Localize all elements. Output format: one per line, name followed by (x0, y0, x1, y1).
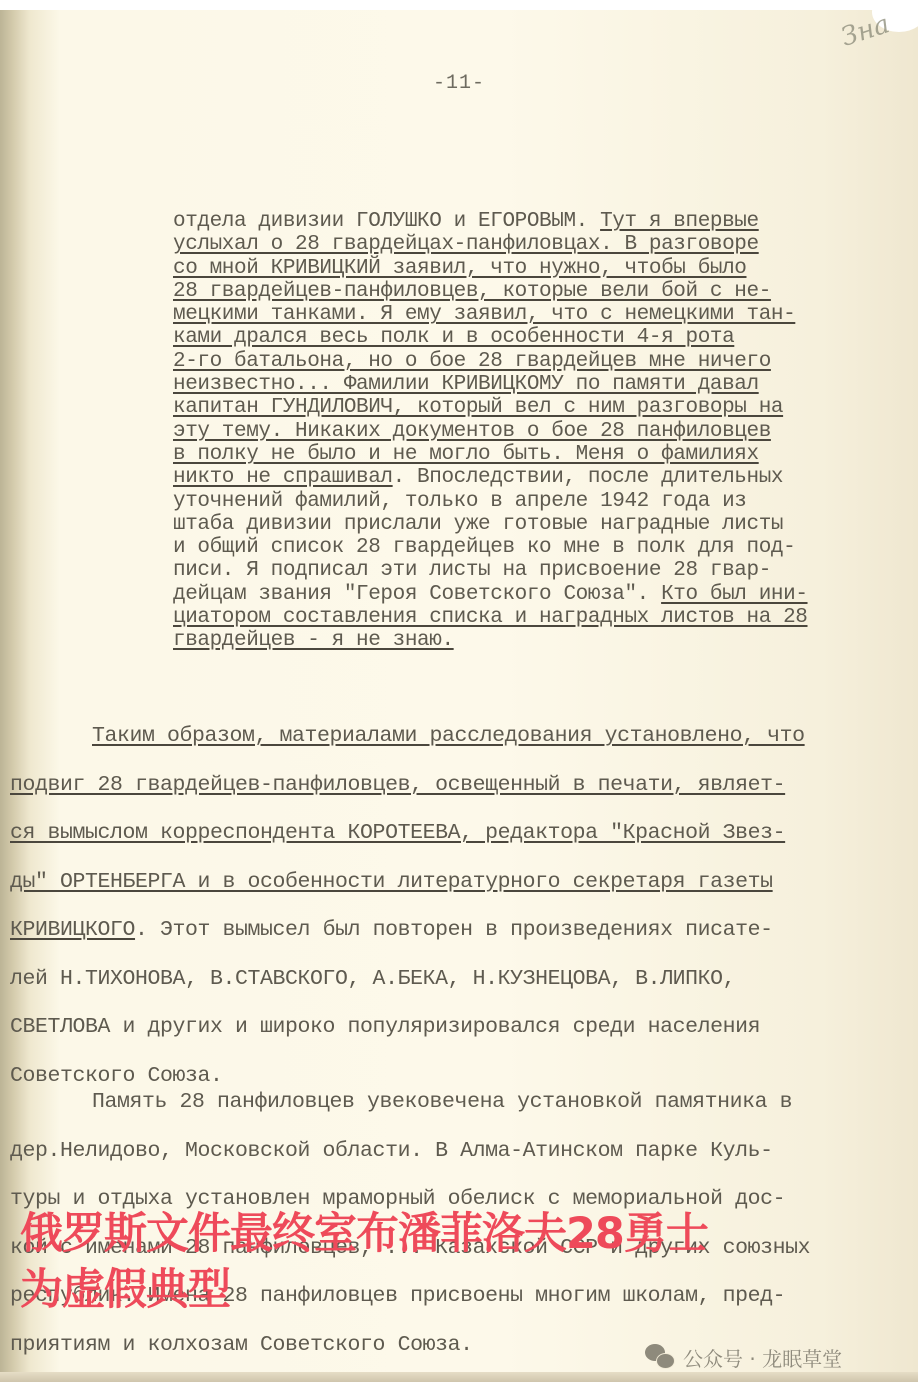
text-line: ся вымыслом корреспондента КОРОТЕЕВА, ре… (10, 809, 890, 858)
document-page: Зна -11- отдела дивизии ГОЛУШКО и ЕГОРОВ… (0, 10, 918, 1372)
text-line: капитан ГУНДИЛОВИЧ, который вел с ним ра… (173, 396, 913, 419)
text-line: уточнений фамилий, только в апреле 1942 … (173, 490, 913, 513)
plain-text: СВЕТЛОВА и других и широко популяризиров… (10, 1015, 760, 1039)
underlined-text: Тут я впервые (600, 210, 759, 233)
plain-text: уточнений фамилий, только в апреле 1942 … (173, 490, 747, 513)
page-number: -11- (0, 72, 918, 95)
underlined-text: ды" ОРТЕНБЕРГА и в особенности литератур… (10, 870, 773, 894)
underlined-text: услыхал о 28 гвардейцах-панфиловцах. В р… (173, 233, 759, 256)
underlined-text: Таким образом, материалами расследования… (92, 724, 805, 748)
text-line: гвардейцев - я не знаю. (173, 629, 913, 652)
text-line: 28 гвардейцев-панфиловцев, которые вели … (173, 280, 913, 303)
text-line: отдела дивизии ГОЛУШКО и ЕГОРОВЫМ. Тут я… (173, 210, 913, 233)
underlined-text: со мной КРИВИЦКИЙ заявил, что нужно, что… (173, 257, 747, 280)
text-line: никто не спрашивал. Впоследствии, после … (173, 466, 913, 489)
watermark-text: 公众号 · 龙眠草堂 (683, 1343, 842, 1372)
underlined-text: ся вымыслом корреспондента КОРОТЕЕВА, ре… (10, 821, 785, 845)
text-line: неизвестно... Фамилии КРИВИЦКОМУ по памя… (173, 373, 913, 396)
caption-line-1: 俄罗斯文件最终室布潘菲洛夫28勇士 (20, 1206, 900, 1262)
watermark: 公众号 · 龙眠草堂 (645, 1340, 842, 1374)
plain-text: Память 28 панфиловцев увековечена устано… (92, 1090, 792, 1114)
text-line: штаба дивизии прислали уже готовые награ… (173, 513, 913, 536)
underlined-text: в полку не было и не могло быть. Меня о … (173, 443, 759, 466)
text-line: циатором составления списка и наградных … (173, 606, 913, 629)
text-line: 2-го батальона, но о бое 28 гвардейцев м… (173, 350, 913, 373)
text-line: в полку не было и не могло быть. Меня о … (173, 443, 913, 466)
text-line: Таким образом, материалами расследования… (10, 712, 890, 761)
testimony-quote: отдела дивизии ГОЛУШКО и ЕГОРОВЫМ. Тут я… (173, 210, 913, 653)
wechat-icon (645, 1344, 675, 1370)
text-line: дер.Нелидово, Московской области. В Алма… (10, 1127, 890, 1176)
underlined-text: гвардейцев - я не знаю. (173, 629, 454, 652)
plain-text: и общий список 28 гвардейцев ко мне в по… (173, 536, 795, 559)
underlined-text: КРИВИЦКОГО (10, 918, 135, 942)
plain-text: писи. Я подписал эти листы на присвоение… (173, 559, 771, 582)
text-line: эту тему. Никаких документов о бое 28 па… (173, 420, 913, 443)
underlined-text: капитан ГУНДИЛОВИЧ, который вел с ним ра… (173, 396, 783, 419)
plain-text: . Впоследствии, после длительных (393, 466, 783, 489)
plain-text: штаба дивизии прислали уже готовые награ… (173, 513, 783, 536)
plain-text: дейцам звания "Героя Советского Союза". (173, 583, 661, 606)
text-line: подвиг 28 гвардейцев-панфиловцев, освеще… (10, 761, 890, 810)
underlined-text: 2-го батальона, но о бое 28 гвардейцев м… (173, 350, 771, 373)
text-line: СВЕТЛОВА и других и широко популяризиров… (10, 1003, 890, 1052)
text-line: ды" ОРТЕНБЕРГА и в особенности литератур… (10, 858, 890, 907)
text-line: со мной КРИВИЦКИЙ заявил, что нужно, что… (173, 257, 913, 280)
text-line: услыхал о 28 гвардейцах-панфиловцах. В р… (173, 233, 913, 256)
underlined-text: никто не спрашивал (173, 466, 393, 489)
underlined-text: неизвестно... Фамилии КРИВИЦКОМУ по памя… (173, 373, 759, 396)
underlined-text: эту тему. Никаких документов о бое 28 па… (173, 420, 771, 443)
text-line: ками дрался весь полк и в особенности 4-… (173, 326, 913, 349)
plain-text: приятиям и колхозам Советского Союза. (10, 1333, 473, 1357)
red-caption-overlay: 俄罗斯文件最终室布潘菲洛夫28勇士 为虚假典型 (20, 1206, 900, 1318)
underlined-text: подвиг 28 гвардейцев-панфиловцев, освеще… (10, 773, 785, 797)
underlined-text: 28 гвардейцев-панфиловцев, которые вели … (173, 280, 771, 303)
caption-line-2: 为虚假典型 (20, 1262, 900, 1318)
plain-text: дер.Нелидово, Московской области. В Алма… (10, 1139, 773, 1163)
top-edge (0, 0, 918, 10)
text-line: мецкими танками. Я ему заявил, что с нем… (173, 303, 913, 326)
underlined-text: циатором составления списка и наградных … (173, 606, 808, 629)
plain-text: . Этот вымысел был повторен в произведен… (135, 918, 773, 942)
plain-text: отдела дивизии ГОЛУШКО и ЕГОРОВЫМ. (173, 210, 600, 233)
underlined-text: ками дрался весь полк и в особенности 4-… (173, 326, 734, 349)
text-line: и общий список 28 гвардейцев ко мне в по… (173, 536, 913, 559)
text-line: Память 28 панфиловцев увековечена устано… (10, 1078, 890, 1127)
underlined-text: Кто был ини- (661, 583, 807, 606)
text-line: писи. Я подписал эти листы на присвоение… (173, 559, 913, 582)
bottom-edge (0, 1372, 918, 1382)
conclusion-paragraph: Таким образом, материалами расследования… (10, 712, 890, 1100)
plain-text: лей Н.ТИХОНОВА, В.СТАВСКОГО, А.БЕКА, Н.К… (10, 967, 735, 991)
text-line: дейцам звания "Героя Советского Союза". … (173, 583, 913, 606)
text-line: лей Н.ТИХОНОВА, В.СТАВСКОГО, А.БЕКА, Н.К… (10, 955, 890, 1004)
underlined-text: мецкими танками. Я ему заявил, что с нем… (173, 303, 795, 326)
text-line: КРИВИЦКОГО. Этот вымысел был повторен в … (10, 906, 890, 955)
corner-handwriting: Зна (838, 9, 894, 53)
